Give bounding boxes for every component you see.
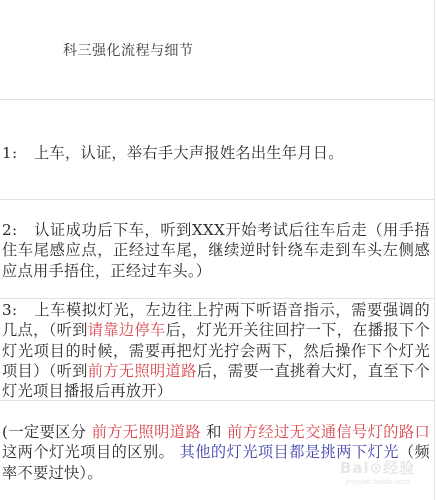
baidu-watermark: Bai⊙经验 jingyan.baidu.com bbox=[340, 461, 415, 486]
watermark-logo: Bai⊙经验 bbox=[340, 461, 415, 476]
highlight-red: 前方经过无交通信号灯的路口 bbox=[227, 423, 430, 441]
step-1: 1:上车，认证，举右手大声报姓名出生年月日。 bbox=[2, 143, 430, 163]
note-text: 和 bbox=[201, 423, 227, 441]
divider bbox=[0, 199, 434, 200]
step-text: 上车，认证，举右手大声报姓名出生年月日。 bbox=[34, 144, 344, 162]
note-text: (一定要区分 bbox=[2, 423, 92, 441]
step-number: 1: bbox=[2, 143, 34, 163]
note-text: 这两个灯光项目的区别。 bbox=[2, 443, 180, 461]
divider bbox=[0, 99, 434, 100]
step-3: 3:上车模拟灯光，左边往上拧两下听语音指示，需要强调的几点，（听到请靠边停车后，… bbox=[2, 300, 430, 401]
divider bbox=[0, 400, 434, 401]
step-number: 2: bbox=[2, 220, 34, 240]
document-page: 科三强化流程与细节 1:上车，认证，举右手大声报姓名出生年月日。 2:认证成功后… bbox=[0, 0, 435, 500]
highlight-red: 请靠边停车 bbox=[88, 321, 166, 339]
step-2: 2:认证成功后下车，听到XXX开始考试后往车后走（用手捂住车尾感应点，正经过车尾… bbox=[2, 220, 430, 281]
document-title: 科三强化流程与细节 bbox=[63, 40, 194, 60]
watermark-url: jingyan.baidu.com bbox=[340, 479, 415, 486]
step-text: 认证成功后下车，听到XXX开始考试后往车后走（用手捂住车尾感应点，正经过车尾，继… bbox=[2, 221, 430, 280]
highlight-red: 前方无照明道路 bbox=[92, 423, 201, 441]
divider bbox=[0, 298, 434, 299]
highlight-red: 前方无照明道路 bbox=[88, 362, 197, 380]
step-number: 3: bbox=[2, 300, 34, 320]
